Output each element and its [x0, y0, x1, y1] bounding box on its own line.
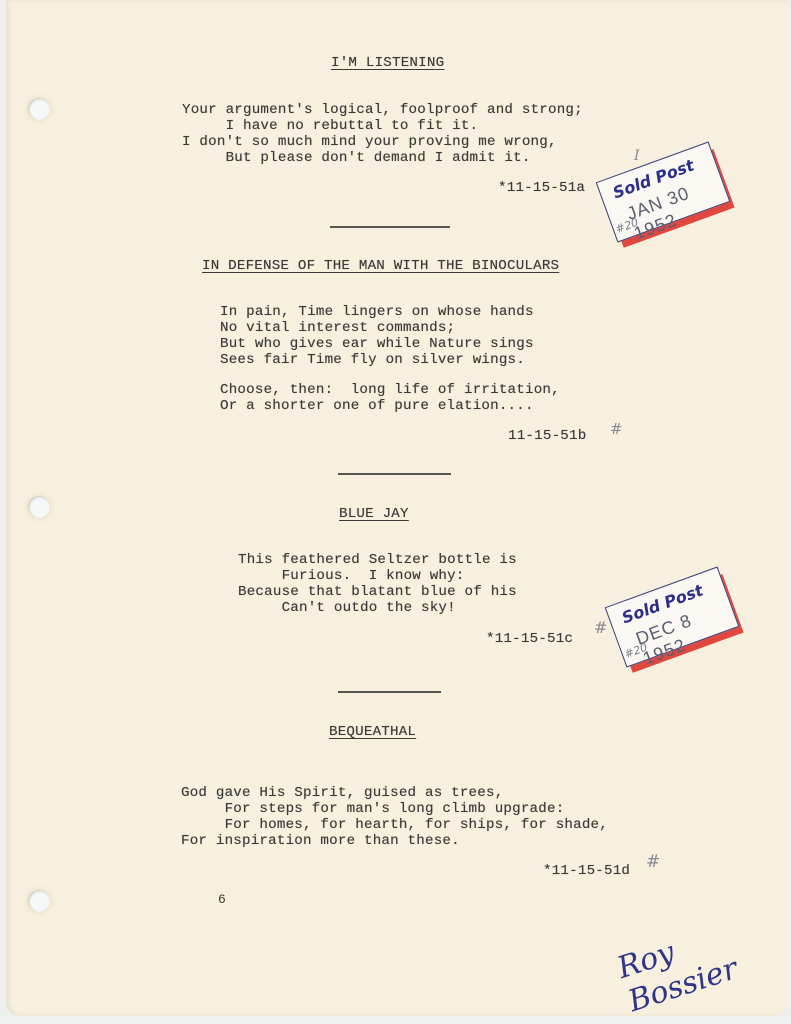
- poem-line: Furious. I know why:: [238, 568, 465, 584]
- poem-line: Sees fair Time fly on silver wings.: [220, 352, 525, 368]
- poem-title: IN DEFENSE OF THE MAN WITH THE BINOCULAR…: [202, 258, 559, 274]
- poem-line: I have no rebuttal to fit it.: [182, 118, 478, 134]
- poem-line: Your argument's logical, foolproof and s…: [182, 102, 583, 118]
- poem-code: *11-15-51a: [498, 180, 585, 196]
- binder-hole: [28, 98, 50, 120]
- poem-line: No vital interest commands;: [220, 320, 455, 336]
- section-divider: [338, 473, 451, 475]
- handwritten-mark: #: [610, 420, 623, 438]
- poem-line: God gave His Spirit, guised as trees,: [181, 785, 503, 801]
- poem-code: *11-15-51c: [486, 631, 573, 647]
- poem-line: In pain, Time lingers on whose hands: [220, 304, 534, 320]
- poem-line: Choose, then: long life of irritation,: [220, 382, 560, 398]
- binder-hole: [28, 496, 50, 518]
- poem-line: Or a shorter one of pure elation....: [220, 398, 534, 414]
- page-number: 6: [218, 892, 226, 907]
- poem-title: BLUE JAY: [339, 506, 409, 522]
- sold-post-stamp: Sold Post DEC 8 1952 #20: [605, 566, 740, 667]
- handwritten-mark: #: [594, 618, 607, 637]
- handwritten-mark: I: [634, 148, 640, 164]
- poem-line: For steps for man's long climb upgrade:: [181, 801, 564, 817]
- poem-line: But please don't demand I admit it.: [182, 150, 531, 166]
- sold-post-stamp: Sold Post JAN 30 1952 #20: [596, 141, 731, 242]
- poem-line: Because that blatant blue of his: [238, 584, 517, 600]
- poem-title: BEQUEATHAL: [329, 724, 416, 740]
- section-divider: [338, 691, 441, 693]
- poem-line: This feathered Seltzer bottle is: [238, 552, 517, 568]
- poem-line: For homes, for hearth, for ships, for sh…: [181, 817, 608, 833]
- section-divider: [330, 226, 450, 228]
- handwritten-mark: #: [646, 852, 660, 872]
- poem-code: *11-15-51d: [543, 863, 630, 879]
- typed-page: I'M LISTENING Your argument's logical, f…: [6, 0, 788, 1016]
- poem-line: Can't outdo the sky!: [238, 600, 456, 616]
- signature: Roy Bossier: [613, 901, 791, 1019]
- poem-line: I don't so much mind your proving me wro…: [182, 134, 557, 150]
- poem-line: But who gives ear while Nature sings: [220, 336, 534, 352]
- poem-code: 11-15-51b: [508, 428, 586, 444]
- poem-title: I'M LISTENING: [331, 55, 444, 71]
- binder-hole: [28, 890, 50, 912]
- poem-line: For inspiration more than these.: [181, 833, 460, 849]
